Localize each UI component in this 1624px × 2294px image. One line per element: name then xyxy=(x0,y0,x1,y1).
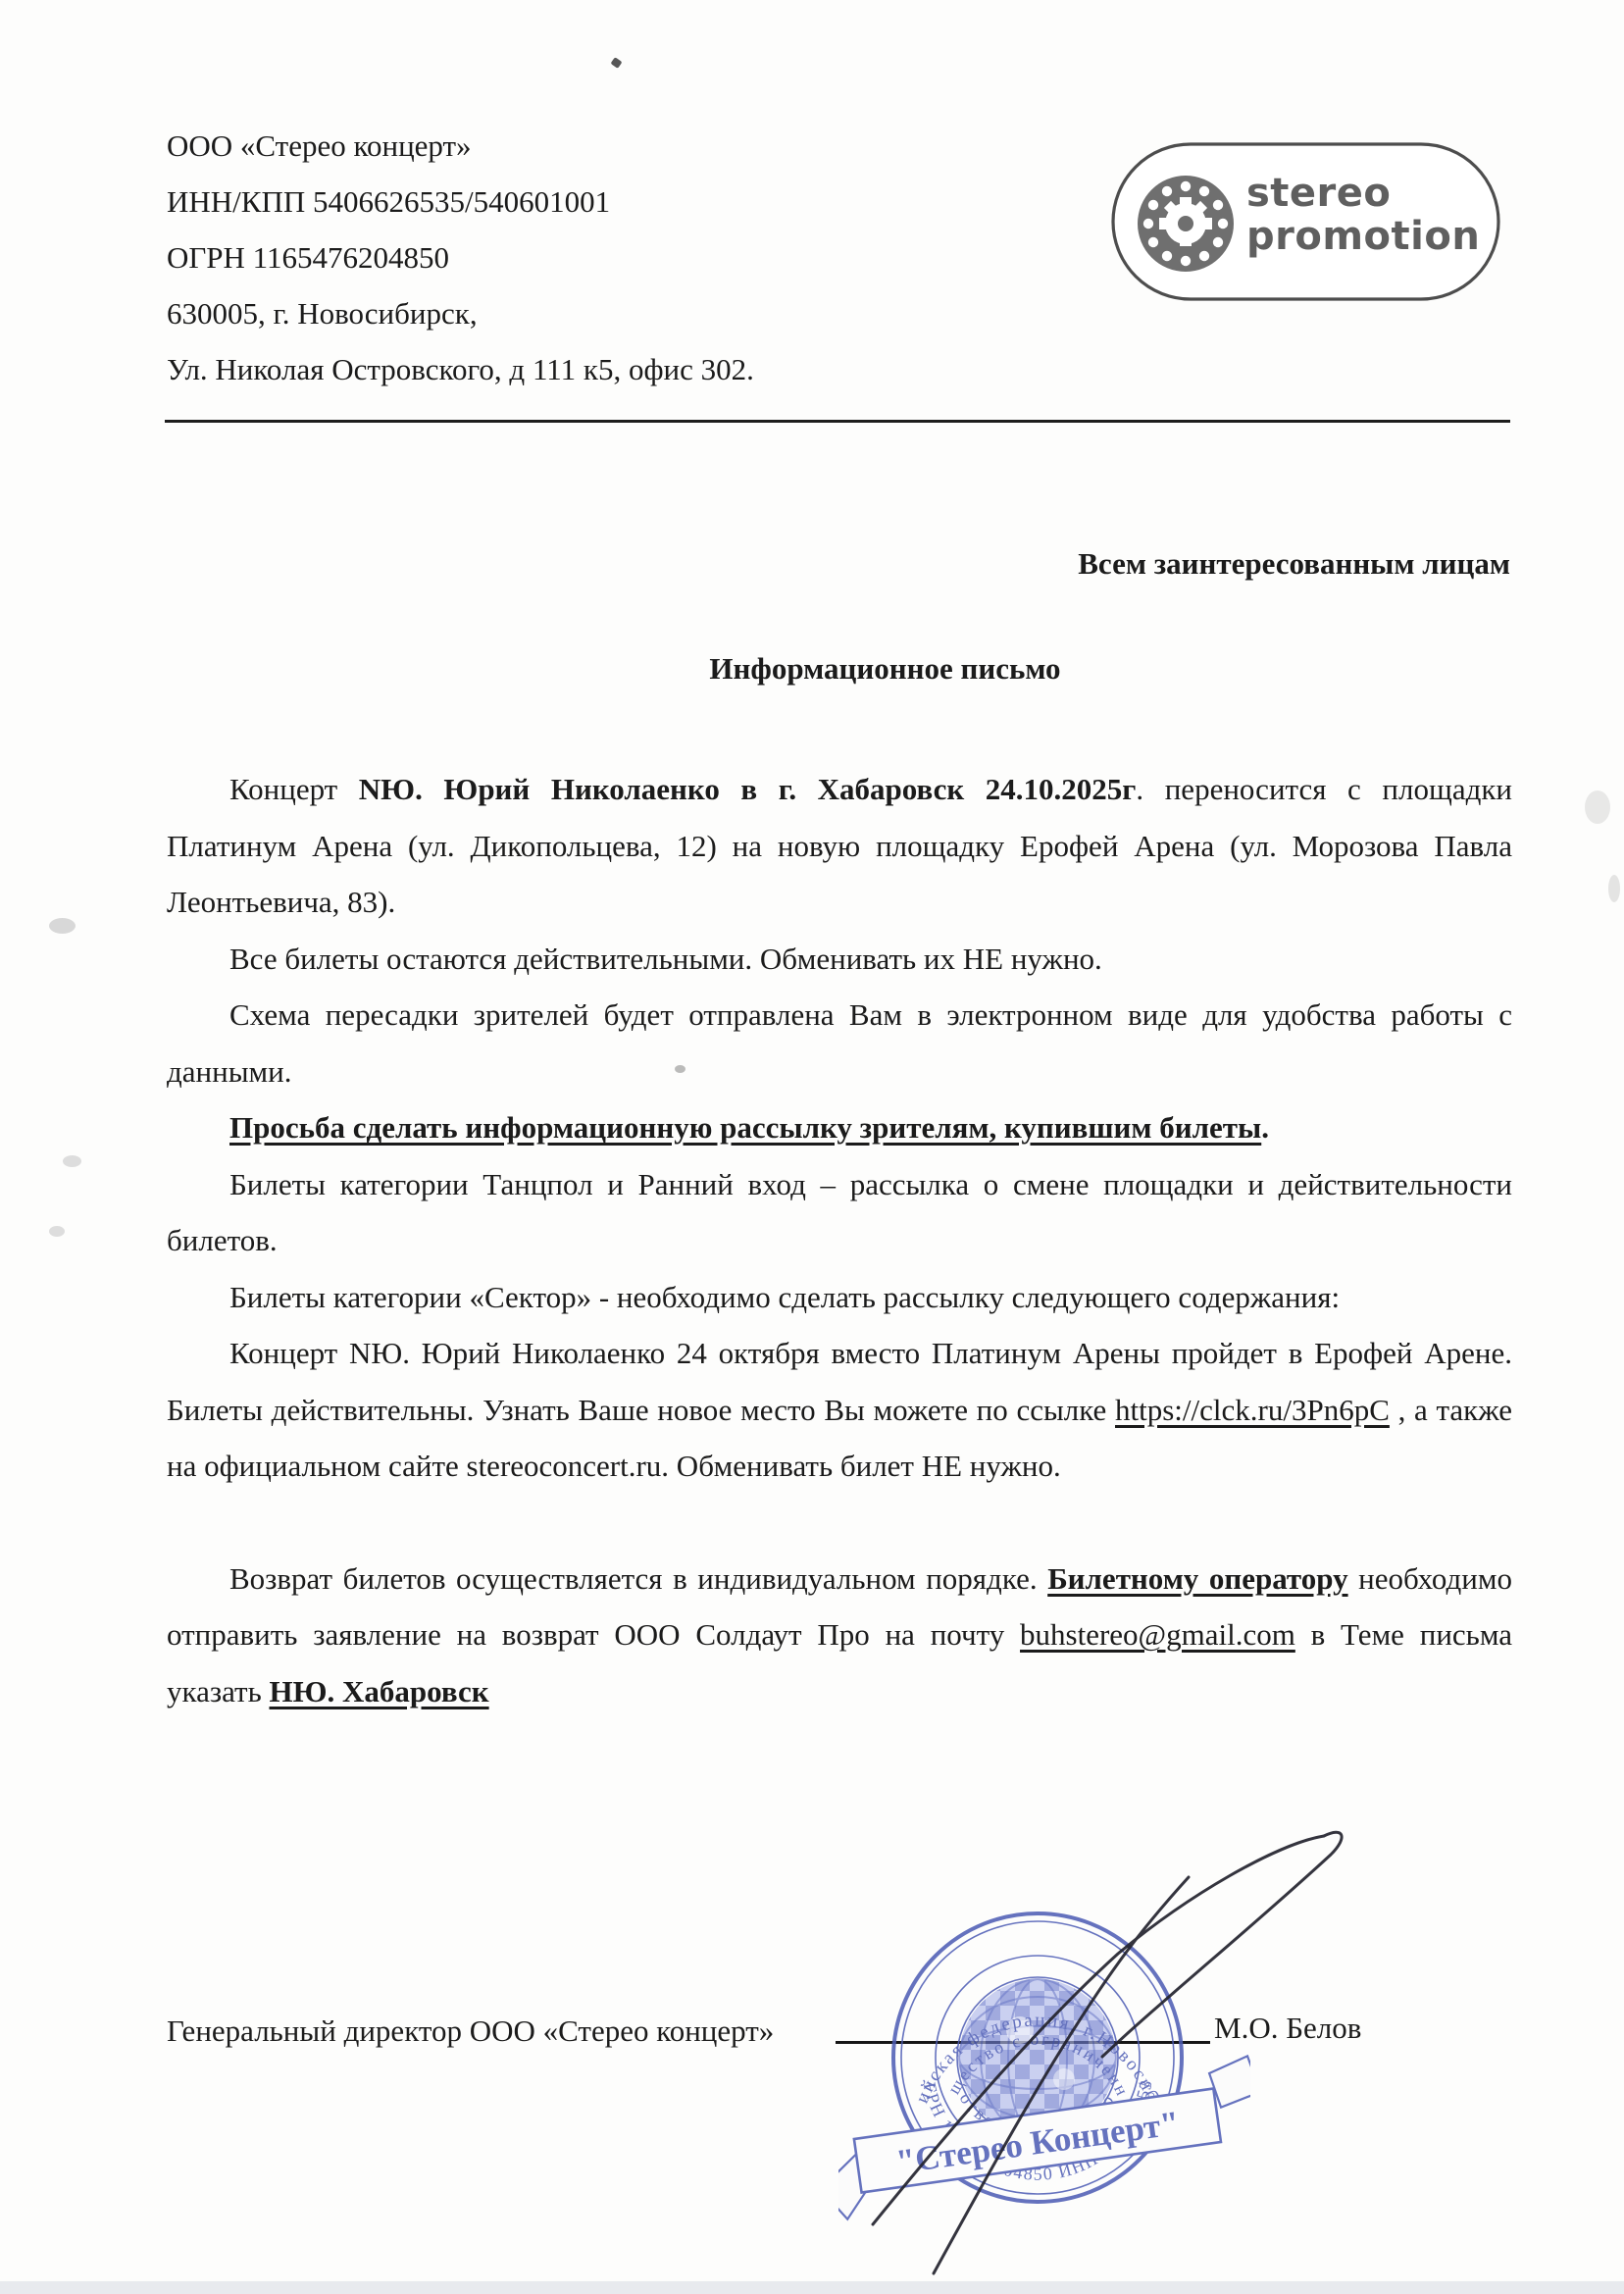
scan-artifact xyxy=(49,1226,65,1237)
scan-artifact xyxy=(611,57,623,69)
body-paragraph: Схема пересадки зрителей будет отправлен… xyxy=(167,987,1512,1099)
emphasized-text: buhstereo@gmail.com xyxy=(1020,1617,1295,1652)
tape-reel-icon xyxy=(1138,176,1234,272)
text-segment: Билеты категории Танцпол и Ранний вход –… xyxy=(167,1167,1512,1258)
company-header: ООО «Стерео концерт»ИНН/КПП 5406626535/5… xyxy=(167,118,754,397)
addressee-line: Всем заинтересованным лицам xyxy=(167,546,1510,582)
text-segment: Концерт xyxy=(229,772,359,806)
body-paragraph: Все билеты остаются действительными. Обм… xyxy=(167,931,1512,988)
scan-artifact xyxy=(63,1155,81,1167)
handwritten-signature xyxy=(608,1814,1353,2275)
body-paragraph: Возврат билетов осуществляется в индивид… xyxy=(167,1551,1512,1720)
scan-edge-band xyxy=(0,2281,1624,2294)
emphasized-text: Билетному оператору xyxy=(1047,1561,1347,1596)
header-line: ООО «Стерео концерт» xyxy=(167,118,754,174)
logo-word-promotion: promotion xyxy=(1246,215,1480,258)
header-line: ОГРН 1165476204850 xyxy=(167,229,754,285)
scan-artifact xyxy=(1585,790,1610,824)
text-segment: . xyxy=(1261,1110,1269,1145)
text-segment: Возврат билетов осуществляется в индивид… xyxy=(229,1561,1047,1596)
header-divider xyxy=(165,420,1510,423)
scan-artifact xyxy=(1608,875,1620,902)
scanned-letter-page: ООО «Стерео концерт»ИНН/КПП 5406626535/5… xyxy=(0,0,1624,2294)
text-segment: Билеты категории «Сектор» - необходимо с… xyxy=(229,1280,1340,1314)
stereo-promotion-logo: stereo promotion xyxy=(1111,142,1500,301)
text-segment: Схема пересадки зрителей будет отправлен… xyxy=(167,997,1512,1089)
letter-body: Концерт NЮ. Юрий Николаенко в г. Хабаров… xyxy=(167,761,1512,1719)
emphasized-text: НЮ. Хабаровск xyxy=(270,1674,489,1708)
header-line: ИНН/КПП 5406626535/540601001 xyxy=(167,174,754,229)
body-paragraph: Просьба сделать информационную рассылку … xyxy=(167,1099,1512,1156)
body-paragraph: Билеты категории «Сектор» - необходимо с… xyxy=(167,1269,1512,1326)
header-line: Ул. Николая Островского, д 111 к5, офис … xyxy=(167,341,754,397)
logo-wordmark: stereo promotion xyxy=(1246,172,1480,258)
logo-word-stereo: stereo xyxy=(1246,172,1480,215)
emphasized-text: https://clck.ru/3Pn6pC xyxy=(1115,1393,1390,1427)
scan-artifact xyxy=(675,1065,685,1073)
text-segment: Все билеты остаются действительными. Обм… xyxy=(229,942,1102,976)
emphasized-text: Просьба сделать информационную рассылку … xyxy=(229,1110,1261,1145)
text-segment: NЮ. Юрий Николаенко в г. Хабаровск 24.10… xyxy=(359,772,1137,806)
body-paragraph: Концерт NЮ. Юрий Николаенко в г. Хабаров… xyxy=(167,761,1512,931)
scan-artifact xyxy=(49,918,76,934)
letter-title: Информационное письмо xyxy=(167,651,1510,687)
body-paragraph: Концерт NЮ. Юрий Николаенко 24 октября в… xyxy=(167,1325,1512,1495)
header-line: 630005, г. Новосибирск, xyxy=(167,285,754,341)
body-paragraph: Билеты категории Танцпол и Ранний вход –… xyxy=(167,1156,1512,1269)
